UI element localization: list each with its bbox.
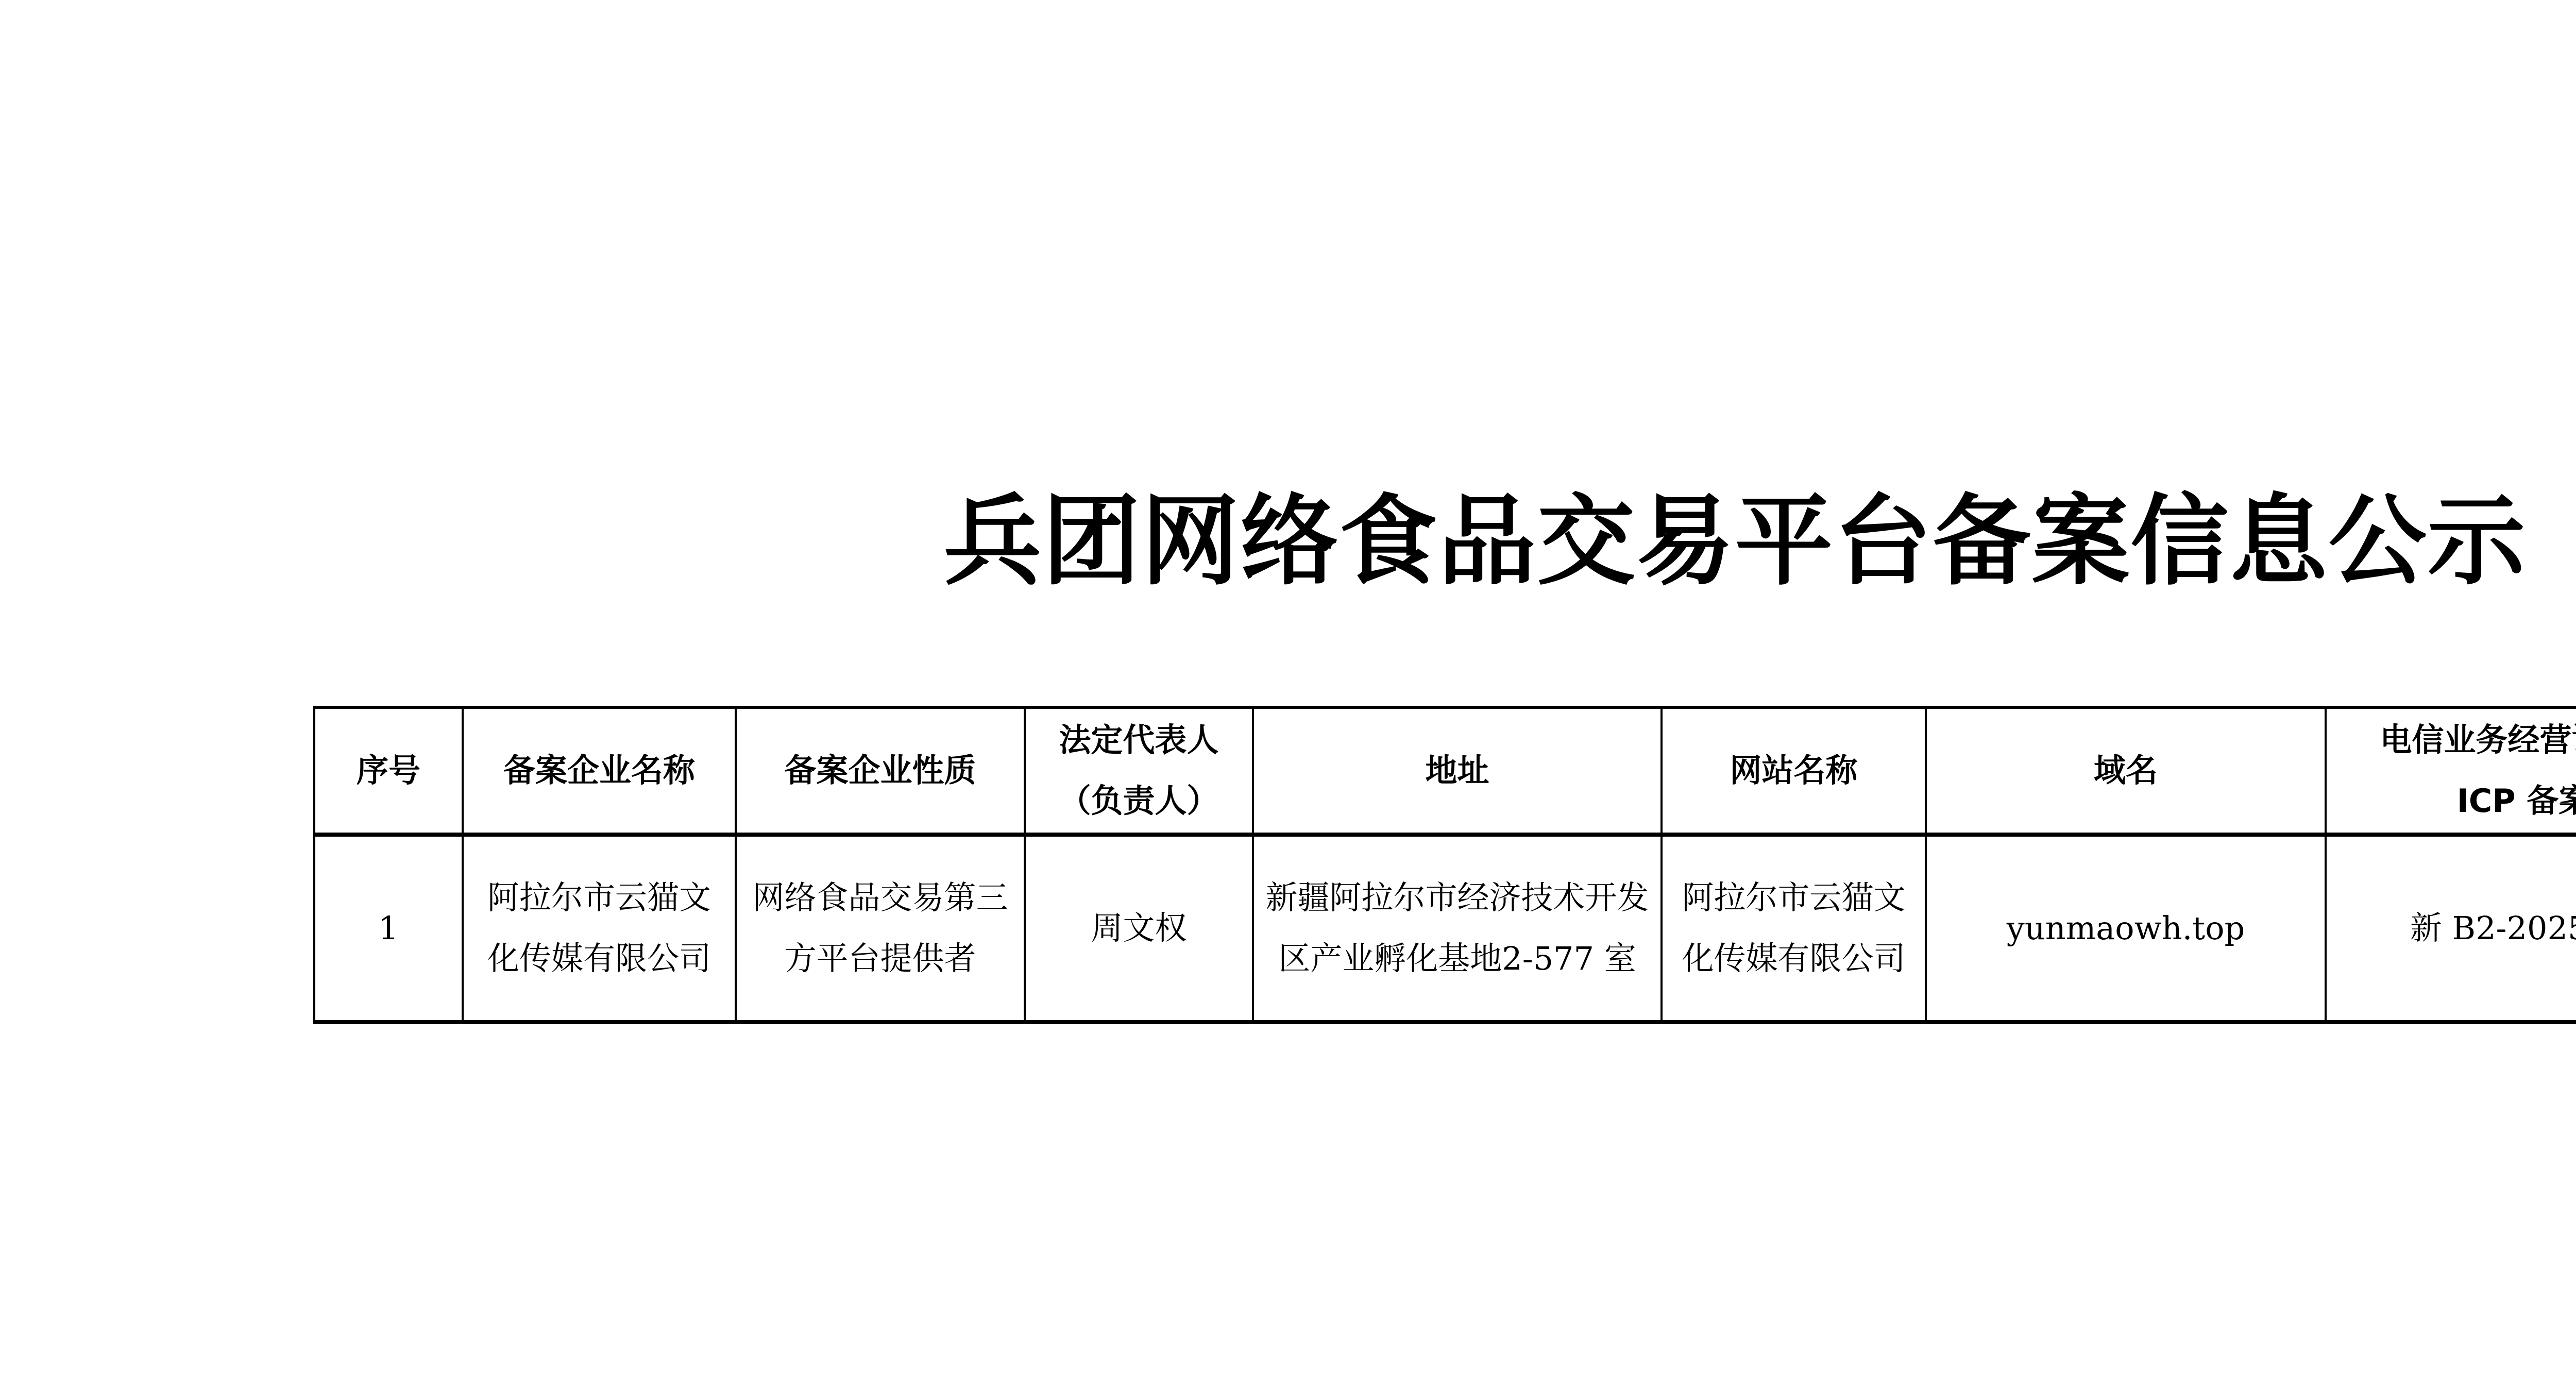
header-website-name: 网站名称 <box>1662 707 1926 835</box>
cell-company-type: 网络食品交易第三方平台提供者 <box>736 835 1025 1022</box>
header-icp-line1: 电信业务经营许可证或 <box>2337 710 2576 771</box>
header-legal-rep: 法定代表人 （负责人） <box>1025 707 1253 835</box>
header-index: 序号 <box>314 707 463 835</box>
page-title: 兵团网络食品交易平台备案信息公示 <box>0 479 2576 603</box>
cell-website-name: 阿拉尔市云猫文化传媒有限公司 <box>1662 835 1926 1022</box>
cell-domain: yunmaowh.top <box>1926 835 2326 1022</box>
header-company-type: 备案企业性质 <box>736 707 1025 835</box>
cell-address: 新疆阿拉尔市经济技术开发区产业孵化基地2-577 室 <box>1253 835 1662 1022</box>
header-legal-rep-line1: 法定代表人 <box>1036 710 1242 771</box>
header-address: 地址 <box>1253 707 1662 835</box>
header-icp-license: 电信业务经营许可证或 ICP 备案号 <box>2326 707 2576 835</box>
cell-company-name: 阿拉尔市云猫文化传媒有限公司 <box>463 835 736 1022</box>
header-icp-line2: ICP 备案号 <box>2337 771 2576 832</box>
filing-table: 序号 备案企业名称 备案企业性质 法定代表人 （负责人） 地址 网站名称 域名 … <box>313 706 2576 1024</box>
header-company-name: 备案企业名称 <box>463 707 736 835</box>
header-domain: 域名 <box>1926 707 2326 835</box>
table-header-row: 序号 备案企业名称 备案企业性质 法定代表人 （负责人） 地址 网站名称 域名 … <box>314 707 2576 835</box>
table-row: 1 阿拉尔市云猫文化传媒有限公司 网络食品交易第三方平台提供者 周文权 新疆阿拉… <box>314 835 2576 1022</box>
header-legal-rep-line2: （负责人） <box>1036 771 1242 832</box>
cell-index: 1 <box>314 835 463 1022</box>
cell-icp-license: 新 B2-20250151 <box>2326 835 2576 1022</box>
cell-legal-rep: 周文权 <box>1025 835 1253 1022</box>
